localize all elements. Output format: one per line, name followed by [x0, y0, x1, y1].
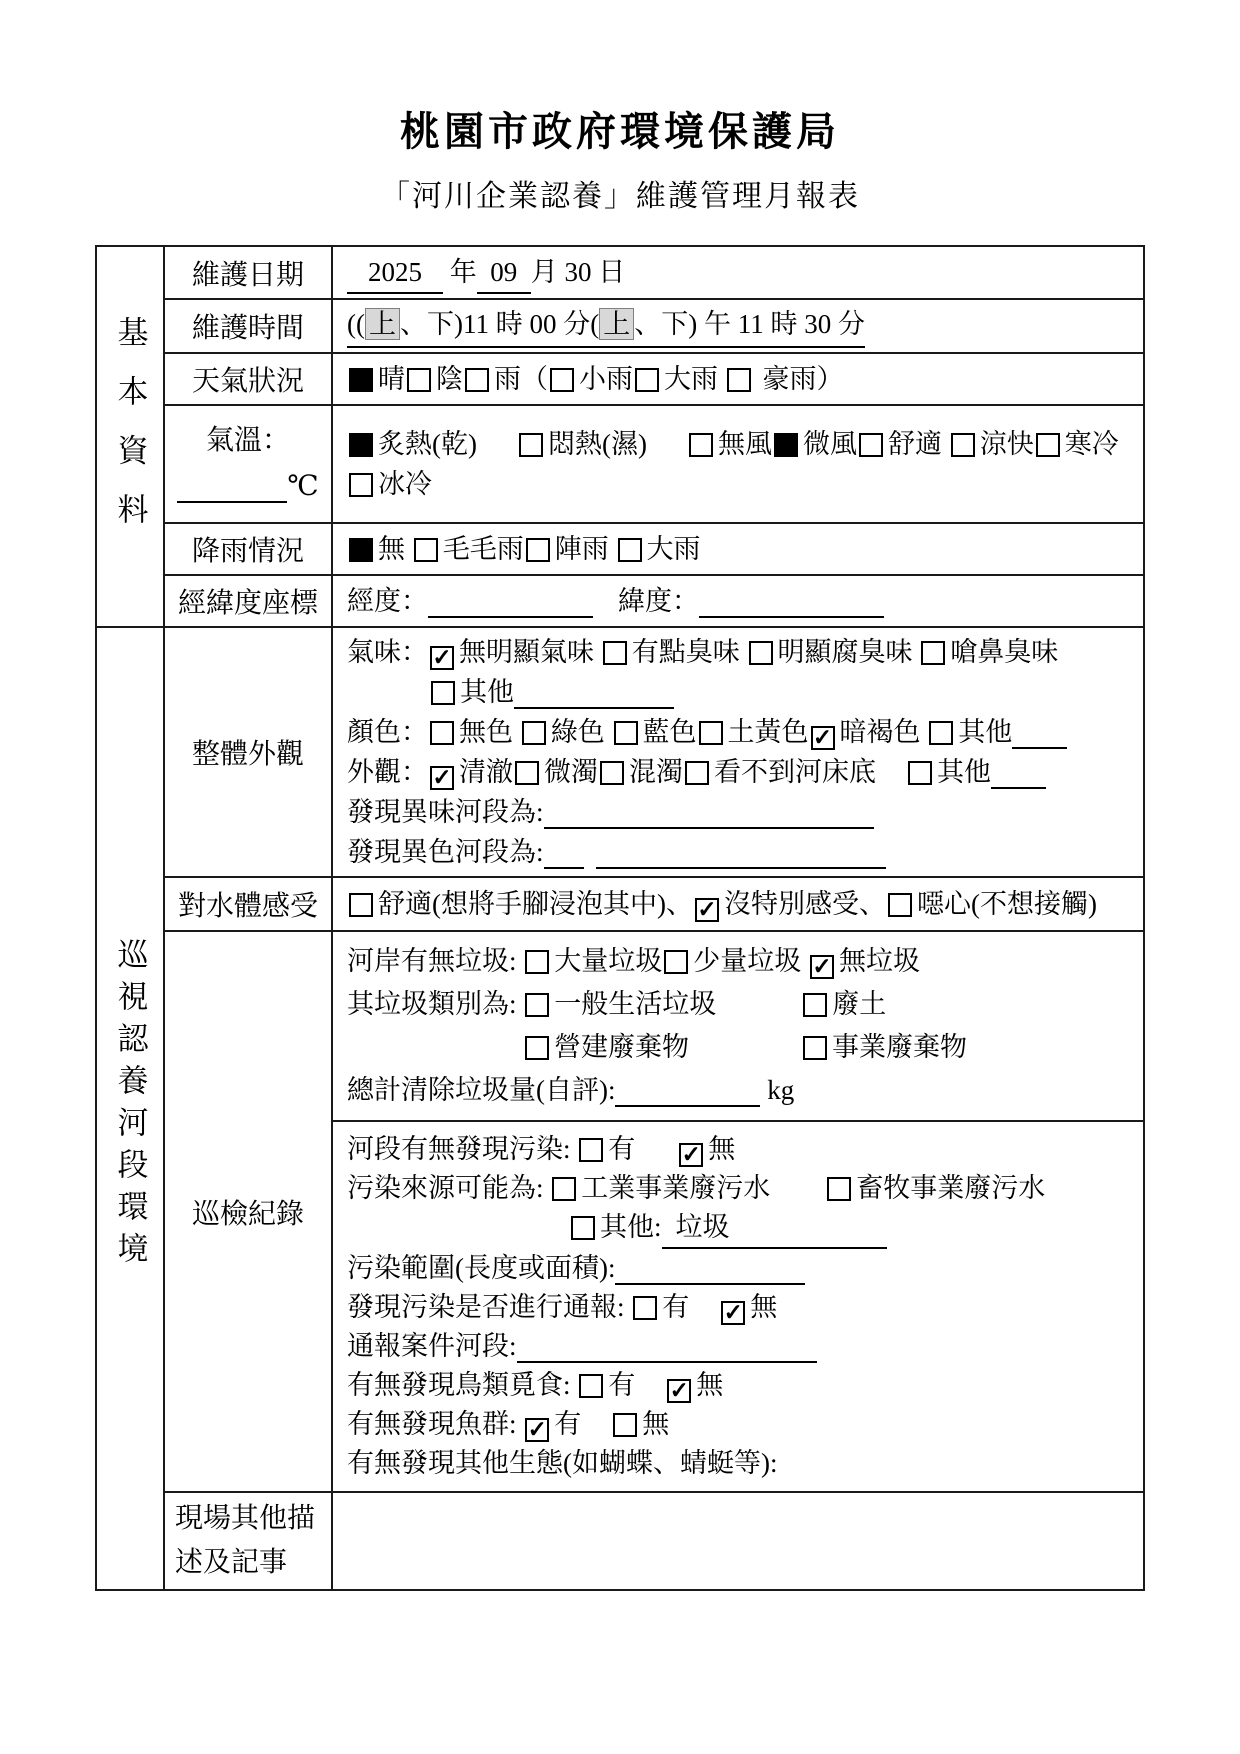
label-text: 沒特別感受、: [724, 889, 886, 919]
label-text: 其垃圾類別為:: [347, 989, 523, 1019]
row-maintenance-date: 基本資料 維護日期 2025 年09月 30 日: [96, 246, 1144, 299]
checkbox-checked-icon[interactable]: ✓: [430, 766, 454, 790]
color-section-line: 發現異色河段為:: [347, 832, 1135, 872]
filled-field[interactable]: 垃圾: [662, 1208, 887, 1249]
label-text: 有無發現鳥類覓食:: [347, 1370, 577, 1400]
label-text: 大雨: [664, 364, 725, 394]
label-text: 少量垃圾: [693, 946, 808, 976]
label-text: 有無發現魚群:: [347, 1409, 523, 1439]
weather-line: 晴陰雨（小雨大雨 豪雨）: [347, 359, 1135, 399]
label-text: 有: [554, 1409, 581, 1439]
checkbox-empty-icon[interactable]: [827, 1177, 851, 1201]
label-text: 有: [608, 1370, 635, 1400]
section-basic-info: 基本資料: [96, 246, 164, 627]
blank-field[interactable]: [544, 839, 584, 869]
label-text: 土黃色: [728, 717, 809, 747]
blank-field[interactable]: [615, 1077, 760, 1107]
row-maintenance-time: 維護時間 ((上、下)11 時 00 分(上、下) 午 11 時 30 分: [96, 299, 1144, 353]
section-patrol-label: 巡視認養河段環境: [108, 938, 153, 1274]
spacer: [689, 1315, 719, 1316]
garbage-block: 河岸有無垃圾: 大量垃圾少量垃圾 ✓無垃圾其垃圾類別為: 一般生活垃圾廢土營建廢…: [333, 932, 1143, 1120]
checkbox-empty-icon[interactable]: [908, 761, 932, 785]
label-text: 發現污染是否進行通報:: [347, 1292, 631, 1322]
label-text: 明顯腐臭味: [778, 637, 920, 667]
label-text: 無: [750, 1292, 777, 1322]
checkbox-empty-icon[interactable]: [689, 433, 713, 457]
checkbox-empty-icon[interactable]: [407, 368, 431, 392]
checkbox-empty-icon[interactable]: [685, 761, 709, 785]
checkbox-empty-icon[interactable]: [431, 681, 455, 705]
odor-other-line: 其他: [347, 672, 1135, 712]
label-text: 無: [696, 1370, 723, 1400]
label-text: 雨（: [494, 364, 548, 394]
checkbox-checked-icon[interactable]: ✓: [721, 1301, 745, 1325]
site-notes-cell: [332, 1492, 1144, 1590]
label-text: 大量垃圾: [554, 946, 662, 976]
checkbox-empty-icon[interactable]: [618, 538, 642, 562]
overall-appearance-cell: 氣味：✓無明顯氣味 有點臭味 明顯腐臭味 嗆鼻臭味其他顏色：無色 綠色 藍色土黃…: [332, 627, 1144, 877]
checkbox-checked-icon[interactable]: ✓: [525, 1418, 549, 1442]
label-text: 晴: [378, 364, 405, 394]
checkbox-empty-icon[interactable]: [525, 1036, 549, 1060]
spacer: [876, 780, 906, 781]
label-text: 陣雨: [555, 534, 616, 564]
checkbox-filled-icon[interactable]: [349, 433, 373, 457]
label-text: 混濁: [629, 757, 683, 787]
temperature-cell: 炙熱(乾)悶熱(濕)無風微風舒適 涼快寒冷冰冷: [332, 405, 1144, 523]
checkbox-empty-icon[interactable]: [727, 368, 751, 392]
label-text: 綠色: [551, 717, 612, 747]
pollution-ecology-block: 河段有無發現污染: 有✓無污染來源可能為: 工業事業廢污水畜牧事業廢污水其他:垃…: [333, 1120, 1143, 1491]
blank-field[interactable]: [596, 839, 886, 869]
spacer: [689, 1055, 801, 1056]
row-label-site-notes: 現場其他描述及記事: [164, 1492, 332, 1590]
label-text: 寒冷: [1065, 429, 1119, 459]
blank-field[interactable]: [544, 799, 874, 829]
row-overall-appearance: 巡視認養河段環境 整體外觀 氣味：✓無明顯氣味 有點臭味 明顯腐臭味 嗆鼻臭味其…: [96, 627, 1144, 877]
filled-field[interactable]: 09: [477, 252, 531, 294]
label-text: 噁心(不想接觸): [917, 889, 1097, 919]
pollution-report-line: 發現污染是否進行通報: 有✓無: [347, 1288, 1135, 1327]
blank-field[interactable]: [699, 588, 884, 618]
label-text: 河段有無發現污染:: [347, 1134, 577, 1164]
label-text: 無色: [459, 717, 520, 747]
label-text: kg: [760, 1075, 794, 1105]
label-text: 小雨: [579, 364, 633, 394]
checkbox-empty-icon[interactable]: [522, 721, 546, 745]
filled-field[interactable]: 2025: [347, 252, 443, 294]
pollution-source-other-line: 其他:垃圾: [347, 1208, 1135, 1249]
label-text: 通報案件河段:: [347, 1331, 517, 1361]
checkbox-filled-icon[interactable]: [349, 538, 373, 562]
rainfall-cell: 無 毛毛雨陣雨 大雨: [332, 523, 1144, 575]
label-text: 嗆鼻臭味: [950, 637, 1058, 667]
label-text: 發現異味河段為:: [347, 797, 544, 827]
spacer: [770, 1196, 825, 1197]
label-text: 藍色: [643, 717, 697, 747]
weather-cell: 晴陰雨（小雨大雨 豪雨）: [332, 353, 1144, 405]
label-text: 外觀：: [347, 757, 428, 787]
checkbox-empty-icon[interactable]: [803, 993, 827, 1017]
label-text: 一般生活垃圾: [554, 989, 716, 1019]
label-text: 有: [608, 1134, 635, 1164]
checkbox-empty-icon[interactable]: [664, 950, 688, 974]
bird-line: 有無發現鳥類覓食: 有✓無: [347, 1366, 1135, 1405]
row-temperature: 氣溫：℃ 炙熱(乾)悶熱(濕)無風微風舒適 涼快寒冷冰冷: [96, 405, 1144, 523]
label-text: 豪雨）: [756, 364, 844, 394]
label-text: 清澈: [459, 757, 513, 787]
label-text: 污染範圍(長度或面積):: [347, 1253, 615, 1283]
spacer: [716, 1012, 801, 1013]
row-weather: 天氣狀況 晴陰雨（小雨大雨 豪雨）: [96, 353, 1144, 405]
odor-line: 氣味：✓無明顯氣味 有點臭味 明顯腐臭味 嗆鼻臭味: [347, 632, 1135, 672]
coordinates-cell: 經度：緯度：: [332, 575, 1144, 627]
label-text: 無風: [718, 429, 772, 459]
label-text: 無垃圾: [839, 946, 920, 976]
temperature-line-1: 炙熱(乾)悶熱(濕)無風微風舒適 涼快寒冷: [347, 424, 1135, 464]
label-text: 營建廢棄物: [554, 1032, 689, 1062]
label-text: 經度：: [347, 586, 428, 616]
checkbox-empty-icon[interactable]: [749, 641, 773, 665]
label-text: 其他: [958, 717, 1012, 747]
checkbox-empty-icon[interactable]: [414, 538, 438, 562]
report-case-line: 通報案件河段:: [347, 1327, 1135, 1366]
spacer: [581, 1432, 611, 1433]
checkbox-empty-icon[interactable]: [613, 1413, 637, 1437]
spacer: [477, 452, 517, 453]
garbage-total-line: 總計清除垃圾量(自評): kg: [347, 1069, 1135, 1112]
checkbox-checked-icon[interactable]: ✓: [695, 898, 719, 922]
label-text: 涼快: [980, 429, 1034, 459]
row-label-temperature: 氣溫：℃: [164, 405, 332, 523]
blank-field[interactable]: [517, 1333, 817, 1363]
row-label-coordinates: 經緯度座標: [164, 575, 332, 627]
label-text: 有: [662, 1292, 689, 1322]
maintenance-date-cell: 2025 年09月 30 日: [332, 246, 1144, 299]
checkbox-checked-icon[interactable]: ✓: [811, 726, 835, 750]
garbage-type-line: 其垃圾類別為: 一般生活垃圾廢土: [347, 983, 1135, 1026]
spacer: [593, 609, 618, 610]
report-page: 桃園市政府環境保護局 「河川企業認養」維護管理月報表 基本資料 維護日期 202…: [0, 0, 1240, 1754]
label-text: 冰冷: [378, 469, 432, 499]
checkbox-empty-icon[interactable]: [349, 473, 373, 497]
label-text: 微濁: [544, 757, 598, 787]
checkbox-empty-icon[interactable]: [699, 721, 723, 745]
maintenance-time-line: ((上、下)11 時 00 分(上、下) 午 11 時 30 分: [347, 304, 1135, 348]
spacer: [635, 1393, 665, 1394]
label-text: ℃: [287, 471, 318, 502]
checkbox-empty-icon[interactable]: [888, 893, 912, 917]
row-rainfall: 降雨情況 無 毛毛雨陣雨 大雨: [96, 523, 1144, 575]
checkbox-empty-icon[interactable]: [921, 641, 945, 665]
highlighted-form-field[interactable]: 上: [599, 308, 634, 340]
temperature-blank: ℃: [169, 464, 327, 510]
label-text: 、下)11 時 00 分(: [400, 309, 599, 339]
patrol-record-cell: 河岸有無垃圾: 大量垃圾少量垃圾 ✓無垃圾其垃圾類別為: 一般生活垃圾廢土營建廢…: [332, 931, 1144, 1492]
label-text: 其他: [937, 757, 991, 787]
fish-line: 有無發現魚群: ✓有無: [347, 1405, 1135, 1444]
label-text: 污染來源可能為:: [347, 1173, 550, 1203]
section-patrol: 巡視認養河段環境: [96, 627, 164, 1590]
water-feel-cell: 舒適(想將手腳浸泡其中)、✓沒特別感受、噁心(不想接觸): [332, 877, 1144, 931]
garbage-type-line-2: 營建廢棄物事業廢棄物: [347, 1026, 1135, 1069]
checkbox-empty-icon[interactable]: [430, 721, 454, 745]
checkbox-empty-icon[interactable]: [803, 1036, 827, 1060]
checkbox-empty-icon[interactable]: [526, 538, 550, 562]
row-site-notes: 現場其他描述及記事: [96, 1492, 1144, 1590]
checkbox-filled-icon[interactable]: [774, 433, 798, 457]
checkbox-empty-icon[interactable]: [519, 433, 543, 457]
label-text: 年: [443, 257, 477, 287]
label-text: 廢土: [832, 989, 886, 1019]
label-text: 其他: [460, 677, 514, 707]
label-text: 氣味：: [347, 637, 428, 667]
pollution-source-line: 污染來源可能為: 工業事業廢污水畜牧事業廢污水: [347, 1169, 1135, 1208]
label-text: 大雨: [647, 534, 701, 564]
label-text: 無: [642, 1409, 669, 1439]
label-text: 畜牧事業廢污水: [856, 1173, 1045, 1203]
page-subtitle: 「河川企業認養」維護管理月報表: [95, 171, 1145, 215]
ecology-line: 有無發現其他生態(如蝴蝶、蜻蜓等):: [347, 1444, 1135, 1483]
label-text: 、下) 午 11 時 30 分: [634, 309, 865, 339]
checkbox-empty-icon[interactable]: [465, 368, 489, 392]
label-text: 河岸有無垃圾:: [347, 946, 523, 976]
checkbox-empty-icon[interactable]: [515, 761, 539, 785]
checkbox-empty-icon[interactable]: [951, 433, 975, 457]
spacer: [647, 452, 687, 453]
row-label-patrol-record: 巡檢紀錄: [164, 931, 332, 1492]
pollution-found-line: 河段有無發現污染: 有✓無: [347, 1130, 1135, 1169]
spacer: [635, 1157, 677, 1158]
label-text: 有無發現其他生態(如蝴蝶、蜻蜓等):: [347, 1448, 777, 1478]
label-text: 悶熱(濕): [548, 429, 647, 459]
row-patrol-record: 巡檢紀錄 河岸有無垃圾: 大量垃圾少量垃圾 ✓無垃圾其垃圾類別為: 一般生活垃圾…: [96, 931, 1144, 1492]
odor-section-line: 發現異味河段為:: [347, 792, 1135, 832]
label-text: 無明顯氣味: [459, 637, 601, 667]
row-label-rainfall: 降雨情況: [164, 523, 332, 575]
checkbox-empty-icon[interactable]: [579, 1138, 603, 1162]
checkbox-empty-icon[interactable]: [525, 950, 549, 974]
label-text: 微風: [803, 429, 857, 459]
blank-field[interactable]: [177, 473, 287, 503]
checkbox-empty-icon[interactable]: [550, 368, 574, 392]
label-text: 緯度：: [618, 586, 699, 616]
blank-field[interactable]: [428, 588, 593, 618]
highlighted-form-field[interactable]: 上: [365, 308, 400, 340]
blank-field[interactable]: [1012, 719, 1067, 749]
label-text: 事業廢棄物: [832, 1032, 967, 1062]
blank-field[interactable]: [514, 679, 674, 709]
label-text: 看不到河床底: [714, 757, 876, 787]
checkbox-empty-icon[interactable]: [571, 1216, 595, 1240]
checkbox-empty-icon[interactable]: [525, 993, 549, 1017]
checkbox-empty-icon[interactable]: [552, 1177, 576, 1201]
temperature-label: 氣溫：: [169, 418, 327, 464]
maintenance-time-cell: ((上、下)11 時 00 分(上、下) 午 11 時 30 分: [332, 299, 1144, 353]
checkbox-empty-icon[interactable]: [633, 1296, 657, 1320]
checkbox-empty-icon[interactable]: [859, 433, 883, 457]
row-coordinates: 經緯度座標 經度：緯度：: [96, 575, 1144, 627]
report-table: 基本資料 維護日期 2025 年09月 30 日 維護時間 ((上、下)11 時…: [95, 245, 1145, 1591]
label-text: 月 30 日: [531, 257, 626, 287]
label-text: 毛毛雨: [443, 534, 524, 564]
appearance-line: 外觀：✓清澈微濁混濁看不到河床底其他: [347, 752, 1135, 792]
coordinates-line: 經度：緯度：: [347, 581, 1135, 621]
label-text: 無: [708, 1134, 735, 1164]
label-text: 其他:: [600, 1212, 662, 1242]
label-text: 舒適(想將手腳浸泡其中)、: [378, 889, 693, 919]
checkbox-filled-icon[interactable]: [349, 368, 373, 392]
label-text: 工業事業廢污水: [581, 1173, 770, 1203]
row-water-feel: 對水體感受 舒適(想將手腳浸泡其中)、✓沒特別感受、噁心(不想接觸): [96, 877, 1144, 931]
temperature-line-2: 冰冷: [347, 464, 1135, 504]
row-label-maintenance-time: 維護時間: [164, 299, 332, 353]
spacer: [584, 860, 596, 861]
row-label-weather: 天氣狀況: [164, 353, 332, 405]
checkbox-empty-icon[interactable]: [579, 1374, 603, 1398]
page-title: 桃園市政府環境保護局: [95, 100, 1145, 157]
checkbox-empty-icon[interactable]: [349, 893, 373, 917]
color-line: 顏色：無色 綠色 藍色土黃色✓暗褐色 其他: [347, 712, 1135, 752]
checkbox-empty-icon[interactable]: [603, 641, 627, 665]
label-text: 炙熱(乾): [378, 429, 477, 459]
checkbox-checked-icon[interactable]: ✓: [679, 1143, 703, 1167]
checkbox-empty-icon[interactable]: [929, 721, 953, 745]
label-text: 無: [378, 534, 412, 564]
riverbank-garbage-line: 河岸有無垃圾: 大量垃圾少量垃圾 ✓無垃圾: [347, 940, 1135, 983]
blank-field[interactable]: [991, 759, 1046, 789]
label-text: 陰: [436, 364, 463, 394]
label-text: 氣溫：: [206, 425, 290, 456]
label-text: 舒適: [888, 429, 949, 459]
label-text: ((: [347, 309, 365, 339]
pollution-range-line: 污染範圍(長度或面積):: [347, 1249, 1135, 1288]
blank-field[interactable]: [615, 1255, 805, 1285]
label-text: 總計清除垃圾量(自評):: [347, 1075, 615, 1105]
checkbox-checked-icon[interactable]: ✓: [430, 646, 454, 670]
checkbox-empty-icon[interactable]: [600, 761, 624, 785]
checkbox-empty-icon[interactable]: [1036, 433, 1060, 457]
section-basic-label: 基本資料: [108, 316, 153, 552]
rainfall-line: 無 毛毛雨陣雨 大雨: [347, 529, 1135, 569]
maintenance-date-line: 2025 年09月 30 日: [347, 252, 1135, 294]
row-label-water-feel: 對水體感受: [164, 877, 332, 931]
water-feel-line: 舒適(想將手腳浸泡其中)、✓沒特別感受、噁心(不想接觸): [347, 884, 1135, 924]
checkbox-empty-icon[interactable]: [635, 368, 659, 392]
label-text: 有點臭味: [632, 637, 747, 667]
label-text: 暗褐色: [840, 717, 928, 747]
checkbox-checked-icon[interactable]: ✓: [810, 955, 834, 979]
checkbox-checked-icon[interactable]: ✓: [667, 1379, 691, 1403]
label-text: 發現異色河段為:: [347, 837, 544, 867]
underlined-field: ((上、下)11 時 00 分(上、下) 午 11 時 30 分: [347, 304, 865, 348]
row-label-maintenance-date: 維護日期: [164, 246, 332, 299]
label-text: 顏色：: [347, 717, 428, 747]
checkbox-empty-icon[interactable]: [614, 721, 638, 745]
row-label-overall-appearance: 整體外觀: [164, 627, 332, 877]
